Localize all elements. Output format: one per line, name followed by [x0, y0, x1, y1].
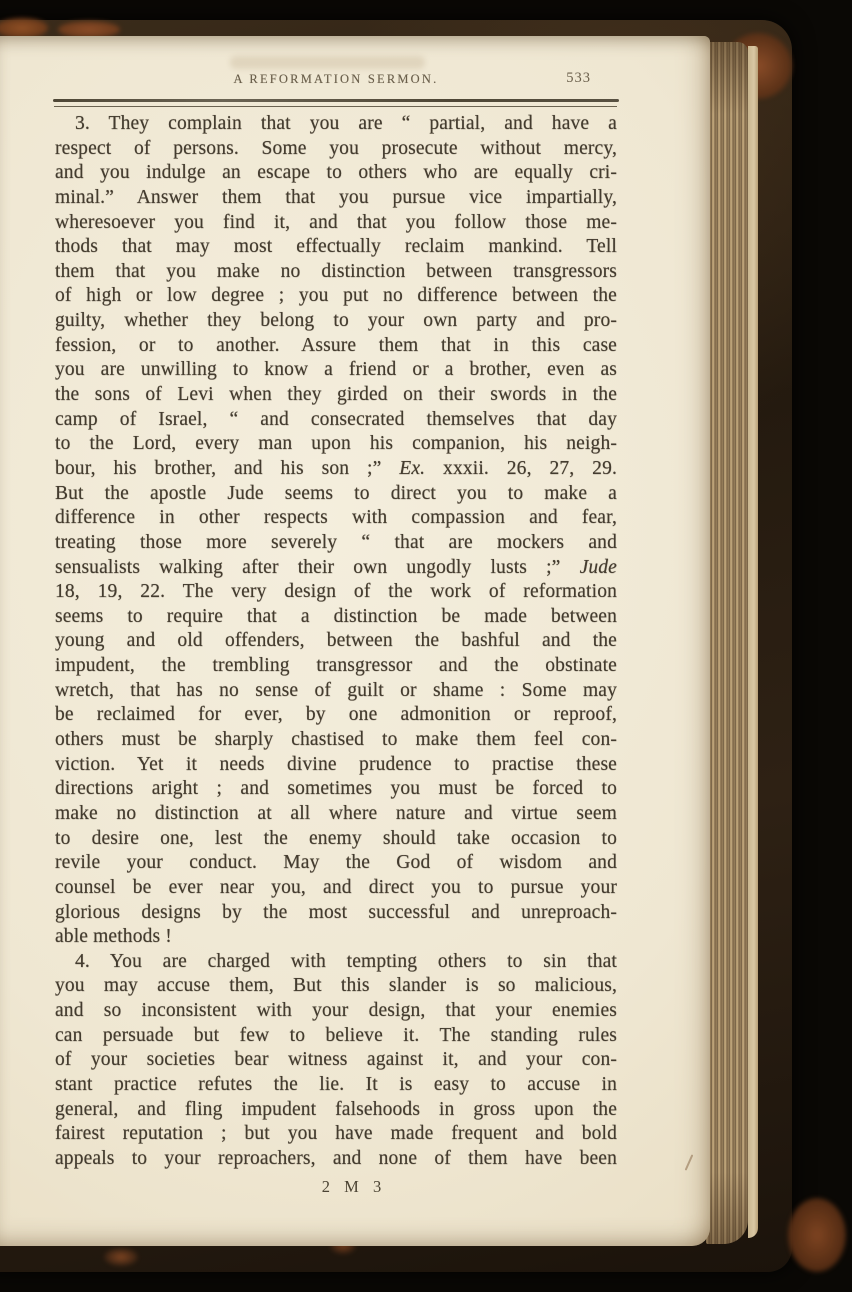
- text-line: fession, or to another. Assure them that…: [55, 334, 617, 359]
- text-line: stant practice refutes the lie. It is ea…: [55, 1073, 617, 1098]
- book-page: A REFORMATION SERMON. 533 3. They compla…: [0, 36, 710, 1246]
- text-line: 3. They complain that you are “ partial,…: [55, 112, 617, 137]
- leather-damage-patch: [788, 1198, 846, 1272]
- text-line: impudent, the trembling transgressor and…: [55, 654, 617, 679]
- text-line: treating those more severely “ that are …: [55, 531, 617, 556]
- text-line: bour, his brother, and his son ;” Ex. xx…: [55, 457, 617, 482]
- text-line: seems to require that a distinction be m…: [55, 605, 617, 630]
- text-line: camp of Israel, “ and consecrated themse…: [55, 408, 617, 433]
- text-line: thods that may most effectually reclaim …: [55, 235, 617, 260]
- book-photo-scene: A REFORMATION SERMON. 533 3. They compla…: [0, 0, 852, 1292]
- text-line: you are unwilling to know a friend or a …: [55, 358, 617, 383]
- text-line: wheresoever you find it, and that you fo…: [55, 211, 617, 236]
- text-line: can persuade but few to believe it. The …: [55, 1024, 617, 1049]
- text-line: viction. Yet it needs divine prudence to…: [55, 753, 617, 778]
- text-line: make no distinction at all where nature …: [55, 802, 617, 827]
- text-line: able methods !: [55, 925, 617, 950]
- page-fore-edge-stack: [706, 42, 748, 1244]
- text-line: respect of persons. Some you prosecute w…: [55, 137, 617, 162]
- text-line: to the Lord, every man upon his companio…: [55, 432, 617, 457]
- text-line: guilty, whether they belong to your own …: [55, 309, 617, 334]
- text-line: others must be sharply chastised to make…: [55, 728, 617, 753]
- text-line: glorious designs by the most successful …: [55, 901, 617, 926]
- pen-mark: [685, 1154, 694, 1170]
- flyleaf-edge: [748, 46, 758, 1238]
- text-line: wretch, that has no sense of guilt or sh…: [55, 679, 617, 704]
- text-line: the sons of Levi when they girded on the…: [55, 383, 617, 408]
- text-line: 18, 19, 22. The very design of the work …: [55, 580, 617, 605]
- running-title: A REFORMATION SERMON.: [234, 72, 439, 87]
- text-line: be reclaimed for ever, by one admonition…: [55, 703, 617, 728]
- text-line: and you indulge an escape to others who …: [55, 161, 617, 186]
- double-rule: [53, 98, 619, 108]
- text-line: fairest reputation ; but you have made f…: [55, 1122, 617, 1147]
- text-line: But the apostle Jude seems to direct you…: [55, 482, 617, 507]
- text-line: minal.” Answer them that you pursue vice…: [55, 186, 617, 211]
- text-line: sensualists walking after their own ungo…: [55, 556, 617, 581]
- page-number: 533: [566, 70, 591, 87]
- text-line: and so inconsistent with your design, th…: [55, 999, 617, 1024]
- text-line: general, and fling impudent falsehoods i…: [55, 1098, 617, 1123]
- text-line: of your societies bear witness against i…: [55, 1048, 617, 1073]
- show-through-smudge: [230, 56, 425, 69]
- text-line: appeals to your reproachers, and none of…: [55, 1147, 617, 1172]
- leather-damage-patch: [104, 1248, 138, 1266]
- text-line: of high or low degree ; you put no diffe…: [55, 284, 617, 309]
- page-header: A REFORMATION SERMON. 533: [55, 70, 617, 98]
- signature-mark: 2 M 3: [55, 1177, 617, 1197]
- text-line: to desire one, lest the enemy should tak…: [55, 827, 617, 852]
- text-line: difference in other respects with compas…: [55, 506, 617, 531]
- text-line: directions aright ; and sometimes you mu…: [55, 777, 617, 802]
- page-body: 3. They complain that you are “ partial,…: [55, 112, 617, 1172]
- text-line: young and old offenders, between the bas…: [55, 629, 617, 654]
- text-line: them that you make no distinction betwee…: [55, 260, 617, 285]
- text-line: revile your conduct. May the God of wisd…: [55, 851, 617, 876]
- text-line: counsel be ever near you, and direct you…: [55, 876, 617, 901]
- text-line: you may accuse them, But this slander is…: [55, 974, 617, 999]
- text-line: 4. You are charged with tempting others …: [55, 950, 617, 975]
- text-block: A REFORMATION SERMON. 533 3. They compla…: [55, 70, 617, 1197]
